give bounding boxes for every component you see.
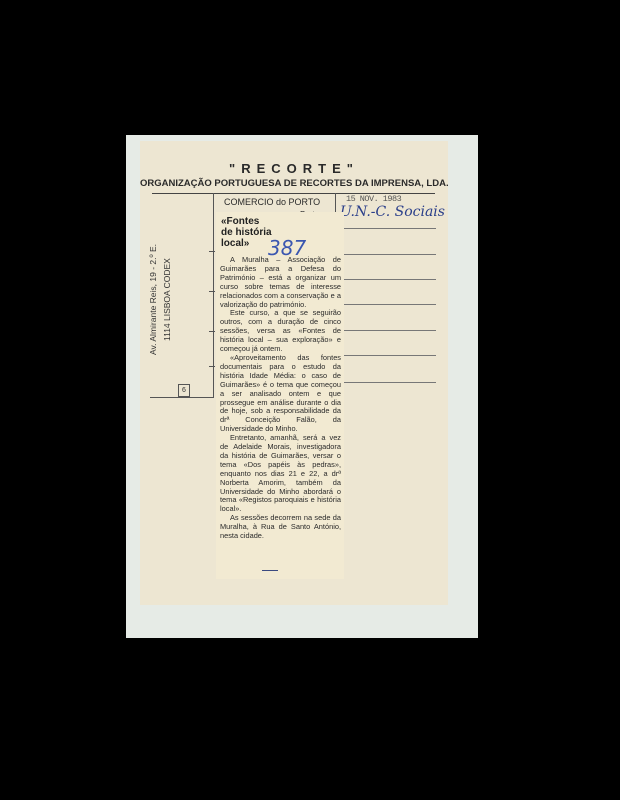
form-tick [209,291,215,292]
article-title: «Fontes de história local» [221,216,272,249]
form-rule [150,397,214,398]
date-stamp: 15 NOV. 1983 [346,194,401,204]
form-tick [209,331,215,332]
form-line [340,330,436,331]
form-line [340,254,436,255]
clipping-card: "RECORTE" ORGANIZAÇÃO PORTUGUESA DE RECO… [140,141,448,605]
page-number-box: 6 [178,384,190,397]
form-tick [209,366,215,367]
source-publication: COMERCIO do PORTO [224,197,320,207]
article-end-rule [262,570,278,571]
form-line [340,228,436,229]
article-paragraph: A Muralha – Associação de Guimarães para… [220,256,341,309]
form-line [340,382,436,383]
form-tick [209,251,215,252]
agency-title: "RECORTE" [140,161,448,176]
form-line [340,355,436,356]
article-paragraph: As sessões decorrem na sede da Muralha, … [220,514,341,541]
article-paragraph: «Aproveitamento das fontes documentais p… [220,354,341,434]
article-paragraph: Entretanto, amanhã, será a vez de Adelai… [220,434,341,514]
article-paragraph: Este curso, a que se seguirão outros, co… [220,309,341,354]
handwritten-note: U.N.-C. Sociais [340,204,445,220]
newspaper-clipping: «Fontes de história local» 387 A Muralha… [216,212,344,579]
agency-subtitle: ORGANIZAÇÃO PORTUGUESA DE RECORTES DA IM… [140,178,448,189]
article-body: A Muralha – Associação de Guimarães para… [220,256,341,541]
agency-address: Av. Almirante Reis, 19 - 2.º E. 1114 LIS… [146,244,174,355]
form-line [340,279,436,280]
form-line [340,304,436,305]
